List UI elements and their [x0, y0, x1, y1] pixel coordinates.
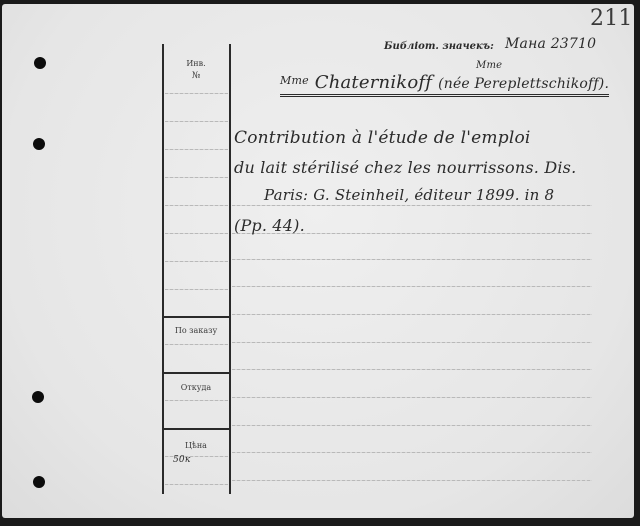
author-prefix: Mme — [280, 74, 309, 87]
number-label: № — [165, 71, 227, 81]
author-line: Mme Chaternikoff (née Pereplettschikoff)… — [280, 72, 609, 97]
rule-line — [165, 344, 228, 345]
rule-line — [232, 205, 592, 206]
rule-line — [232, 452, 592, 453]
punch-hole — [34, 57, 46, 69]
rule-line — [165, 289, 228, 290]
rule-line — [165, 261, 228, 262]
rule-line — [165, 205, 228, 206]
rule-line — [165, 121, 228, 122]
library-mark-label: Библіот. значекъ: — [384, 41, 494, 52]
title-line-4: (Pp. 44). — [234, 216, 305, 235]
rule-line — [165, 400, 228, 401]
order-label: По заказу — [165, 326, 227, 335]
section-divider — [164, 372, 229, 374]
punch-hole — [33, 476, 45, 488]
section-divider — [164, 316, 229, 318]
catalog-card: Инв. № По заказу Откуда Цѣна 50к Библіот… — [2, 4, 634, 518]
title-line-2: du lait stérilisé chez les nourrissons. … — [234, 158, 576, 177]
rule-line — [165, 149, 228, 150]
section-divider — [164, 428, 229, 430]
author-name: Chaternikoff — [315, 72, 432, 93]
library-mark-value: Мана 23710 — [505, 36, 596, 52]
rule-line — [232, 286, 592, 287]
rule-line — [165, 233, 228, 234]
source-label: Откуда — [165, 383, 227, 392]
inv-label: Инв. — [165, 59, 227, 68]
folio-number: 211 — [590, 6, 633, 31]
rule-line — [232, 369, 592, 370]
main-column-border — [229, 44, 231, 494]
punch-hole — [32, 391, 44, 403]
title-line-1: Contribution à l'étude de l'emploi — [234, 128, 531, 148]
punch-hole — [33, 138, 45, 150]
title-line-3: Paris: G. Steinheil, éditeur 1899. in 8 — [264, 186, 554, 204]
maiden-note-superscript: Mme — [476, 60, 502, 71]
price-value: 50к — [173, 455, 190, 465]
rule-line — [232, 480, 592, 481]
left-column-border — [162, 44, 164, 494]
rule-line — [232, 259, 592, 260]
rule-line — [165, 484, 228, 485]
rule-line — [232, 314, 592, 315]
price-label: Цѣна — [165, 441, 227, 450]
maiden-name: (née Pereplettschikoff). — [438, 76, 609, 92]
rule-line — [165, 93, 228, 94]
rule-line — [232, 397, 592, 398]
rule-line — [165, 177, 228, 178]
rule-line — [232, 425, 592, 426]
rule-line — [232, 342, 592, 343]
